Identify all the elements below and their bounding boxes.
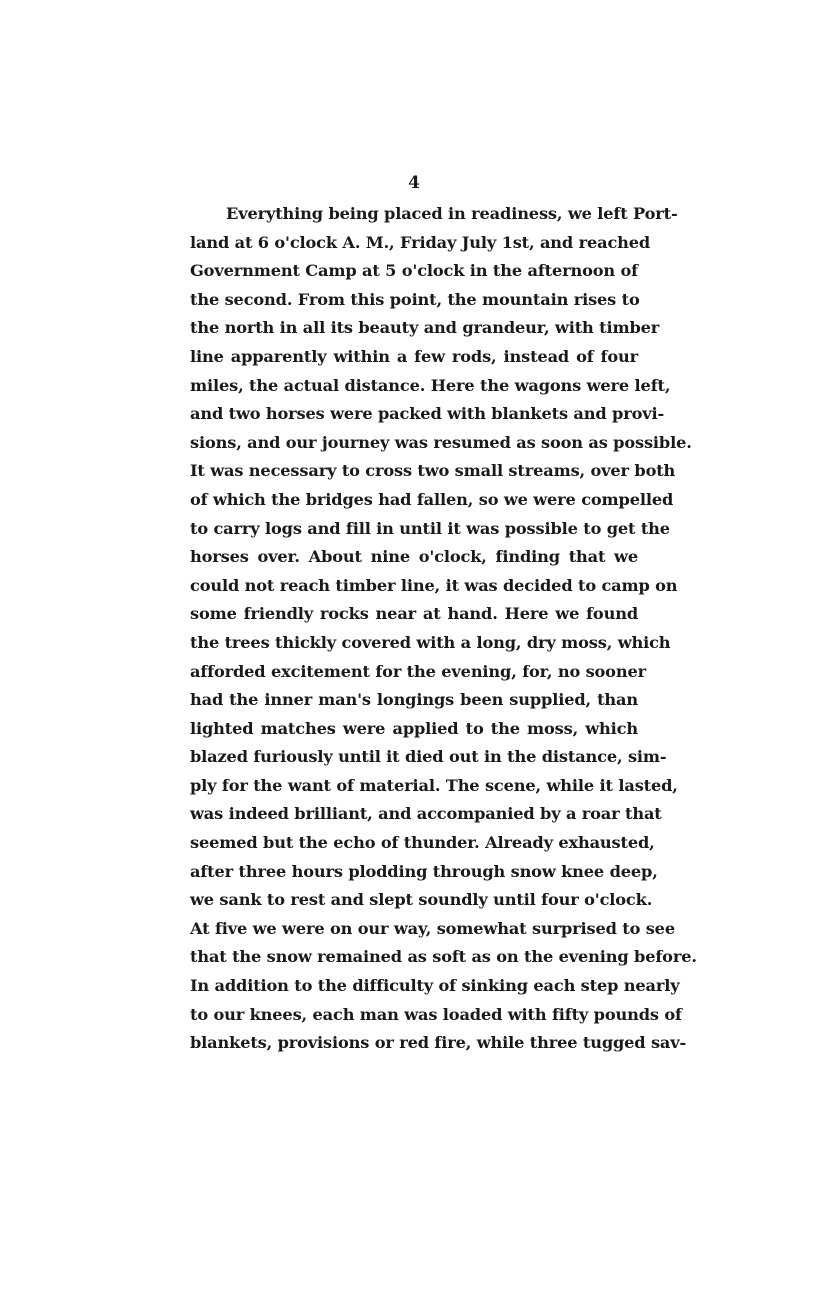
text-line: sions, and our journey was resumed as so… [190, 429, 638, 458]
text-line: Government Camp at 5 o'clock in the afte… [190, 257, 638, 286]
text-line: to our knees, each man was loaded with f… [190, 1001, 638, 1030]
text-line: could not reach timber line, it was deci… [190, 572, 638, 601]
text-line: the north in all its beauty and grandeur… [190, 314, 638, 343]
text-line: Everything being placed in readiness, we… [190, 200, 638, 229]
text-line: the trees thickly covered with a long, d… [190, 629, 638, 658]
text-line: horses over. About nine o'clock, finding… [190, 543, 638, 572]
text-line: seemed but the echo of thunder. Already … [190, 829, 638, 858]
text-line: to carry logs and fill in until it was p… [190, 515, 638, 544]
text-line: of which the bridges had fallen, so we w… [190, 486, 638, 515]
body-paragraph: Everything being placed in readiness, we… [190, 200, 638, 1058]
document-page: 4 Everything being placed in readiness, … [0, 0, 815, 1296]
text-line: lighted matches were applied to the moss… [190, 715, 638, 744]
text-line: we sank to rest and slept soundly until … [190, 886, 638, 915]
text-line: the second. From this point, the mountai… [190, 286, 638, 315]
text-line: At five we were on our way, somewhat sur… [190, 915, 638, 944]
text-line: miles, the actual distance. Here the wag… [190, 372, 638, 401]
text-line: had the inner man's longings been suppli… [190, 686, 638, 715]
text-line: In addition to the difficulty of sinking… [190, 972, 638, 1001]
text-line: afforded excitement for the evening, for… [190, 658, 638, 687]
text-line: line apparently within a few rods, inste… [190, 343, 638, 372]
text-line: land at 6 o'clock A. M., Friday July 1st… [190, 229, 638, 258]
text-line: blazed furiously until it died out in th… [190, 743, 638, 772]
text-line: some friendly rocks near at hand. Here w… [190, 600, 638, 629]
text-line: that the snow remained as soft as on the… [190, 943, 638, 972]
text-line: ply for the want of material. The scene,… [190, 772, 638, 801]
text-line: blankets, provisions or red fire, while … [190, 1029, 638, 1058]
text-line: It was necessary to cross two small stre… [190, 457, 638, 486]
text-line: was indeed brilliant, and accompanied by… [190, 800, 638, 829]
text-line: after three hours plodding through snow … [190, 858, 638, 887]
text-line: and two horses were packed with blankets… [190, 400, 638, 429]
page-number: 4 [190, 171, 638, 195]
